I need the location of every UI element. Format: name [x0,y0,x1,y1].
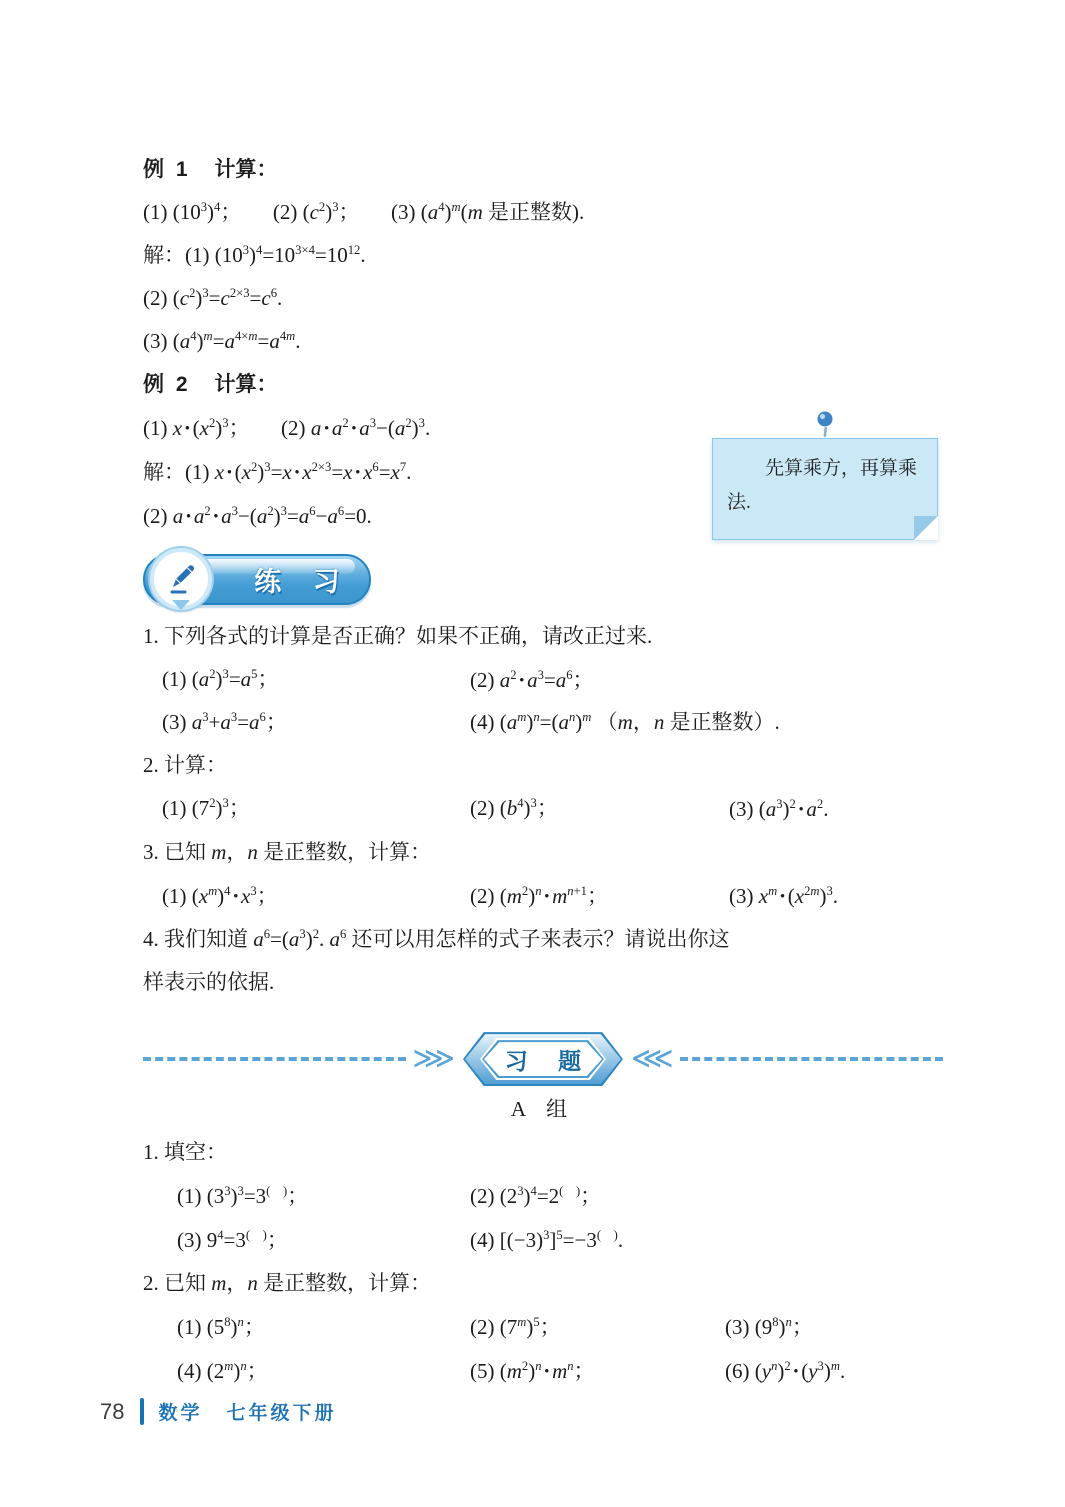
example1-solution-3: (3) (a4)m=a4×m=a4m. [143,320,943,363]
exercise-q2-item2: (2) (7m)5； [470,1305,725,1349]
example1-solution-1: 解：(1) (103)4=103×4=1012. [143,234,943,277]
practice-q4-line1: 4. 我们知道 a6=(a3)2. a6 还可以用怎样的式子来表示？请说出你这 [143,918,943,961]
exercise-q2-item1: (1) (58)n； [177,1305,470,1349]
example1-solution-2: (2) (c2)3=c2×3=c6. [143,277,943,320]
banner-pointer [172,600,190,619]
practice-banner-label: 练 习 [231,556,363,603]
exercise-q1-item2: (2) (23)4=2( )； [470,1174,943,1218]
footer-volume: 七年级下册 [227,1398,337,1425]
exercise-q1-row1: (1) (33)3=3( )； (2) (23)4=2( )； [177,1174,943,1218]
side-note: 先算乘方，再算乘法. [712,438,938,540]
chevron-left-icon: ⋘ [631,1044,674,1074]
practice-q2-row: (1) (72)3； (2) (b4)3； (3) (a3)2•a2. [162,787,943,831]
practice-q3-item1: (1) (xm)4•x3； [162,874,470,918]
main-content: 例 1计算： (1) (103)4； (2) (c2)3； (3) (a4)m(… [143,148,943,1393]
exercise-q1-item4: (4) [(−3)3]5=−3( ). [470,1218,943,1262]
practice-q2-item3: (3) (a3)2•a2. [729,787,943,831]
group-a-heading: A 组 [143,1088,943,1131]
practice-q3-text: 3. 已知 m，n 是正整数，计算： [143,831,943,874]
example1-problems: (1) (103)4； (2) (c2)3； (3) (a4)m(m 是正整数)… [143,191,943,234]
practice-q3-item2: (2) (m2)n•mn+1； [470,874,729,918]
practice-q1-item2: (2) a2•a3=a6； [470,658,943,702]
chevron-right-icon: ⋙ [412,1044,455,1074]
practice-q3-item3: (3) xm•(x2m)3. [729,874,943,918]
pencil-icon-glyph [164,562,198,596]
footer-divider [140,1398,144,1425]
note-text: 先算乘方，再算乘法. [713,439,937,520]
practice-q1-row1: (1) (a2)3=a5； (2) a2•a3=a6； [162,658,943,702]
practice-q1-item1: (1) (a2)3=a5； [162,658,470,702]
exercise-q2-item3: (3) (98)n； [725,1305,943,1349]
practice-q3-row: (1) (xm)4•x3； (2) (m2)n•mn+1； (3) xm•(x2… [162,874,943,918]
exercise-q2-item6: (6) (yn)2•(y3)m. [725,1349,943,1393]
practice-q1-item4: (4) (am)n=(an)m （m，n 是正整数）. [470,701,943,744]
pushpin-icon [813,409,837,448]
exercise-q1-item3: (3) 94=3( )； [177,1218,470,1262]
exercise-q1-row2: (3) 94=3( )； (4) [(−3)3]5=−3( ). [177,1218,943,1262]
practice-q1-item3: (3) a3+a3=a6； [162,701,470,744]
practice-q2-item1: (1) (72)3； [162,787,470,831]
exercise-q1-item1: (1) (33)3=3( )； [177,1174,470,1218]
practice-q4-line2: 样表示的依据. [143,961,943,1004]
exercises-banner-label: 习 题 [493,1043,593,1076]
exercises-banner: ⋙ 习 题 ⋘ [143,1030,943,1088]
practice-q1-row2: (3) a3+a3=a6； (4) (am)n=(an)m （m，n 是正整数）… [162,701,943,744]
example1-heading: 例 1计算： [143,148,943,191]
practice-q2-text: 2. 计算： [143,744,943,787]
footer-subject: 数学 [158,1398,202,1425]
example1-title: 计算： [215,157,278,181]
exercise-q2-row2: (4) (2m)n； (5) (m2)n•mn； (6) (yn)2•(y3)m… [177,1349,943,1393]
example2-label: 例 2 [143,373,191,396]
dashed-line-left [143,1057,406,1061]
exercise-q2-item4: (4) (2m)n； [177,1349,470,1393]
practice-q1-text: 1. 下列各式的计算是否正确？如果不正确，请改正过来. [143,615,943,658]
exercises-badge: 习 题 [463,1032,623,1086]
exercise-q2-text: 2. 已知 m，n 是正整数，计算： [143,1262,943,1305]
page-number: 78 [100,1399,124,1425]
exercise-q2-row1: (1) (58)n； (2) (7m)5； (3) (98)n； [177,1305,943,1349]
page-footer: 78 数学 七年级下册 [100,1398,337,1425]
exercise-q2-item5: (5) (m2)n•mn； [470,1349,725,1393]
example2-title: 计算： [215,372,278,396]
example2-heading: 例 2计算： [143,363,943,406]
textbook-page: 例 1计算： (1) (103)4； (2) (c2)3； (3) (a4)m(… [0,0,1065,1507]
dashed-line-right [680,1057,943,1061]
practice-q2-item2: (2) (b4)3； [470,787,729,831]
practice-banner: 练 习 [143,554,371,605]
exercise-q1-text: 1. 填空： [143,1131,943,1174]
example1-label: 例 1 [143,158,191,181]
